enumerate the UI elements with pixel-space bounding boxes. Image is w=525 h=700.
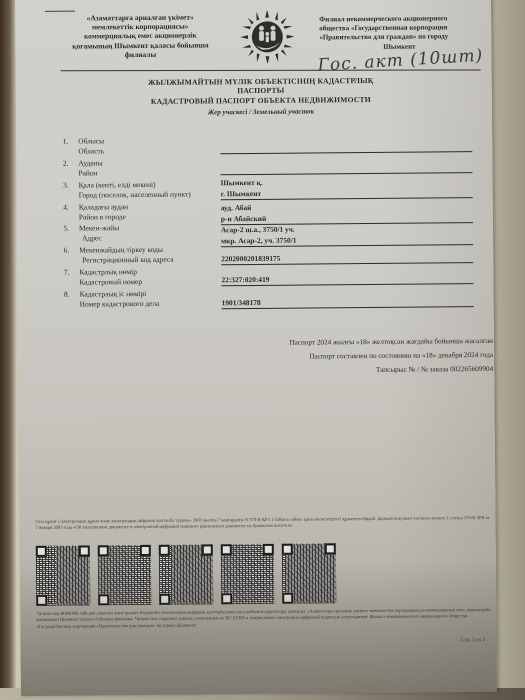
org-name-kazakh: «Азаматтарға арналған үкімет» мемлекетті… <box>55 12 225 59</box>
qr-code-icon <box>97 545 151 605</box>
field-city-values: Шымкент қ. г. Шымкент <box>221 175 473 200</box>
qr-code-icon <box>282 543 336 603</box>
qr-code-icon <box>221 544 275 604</box>
document-title: ЖЫЛЖЫМАЙТЫН МҮЛІК ОБЪЕКТІСІНІҢ КАДАСТРЛЫ… <box>96 76 426 107</box>
header-rule <box>61 69 481 71</box>
barcode-footnote: *штрих-код ЖМБМК АЖ-дан алынған және қыз… <box>36 607 496 630</box>
legal-notice: Осы құжат «Электрондық құжат және электр… <box>36 515 491 531</box>
passport-date-block: Паспорт 2024 жылғы «18» желтоқсан жағдай… <box>233 334 493 378</box>
qr-code-icon <box>36 545 90 605</box>
page-number: Стр. 1 из 3 <box>461 637 485 643</box>
qr-code-icon <box>159 544 213 604</box>
document-page: «Азаматтарға арналған үкімет» мемлекетті… <box>15 0 497 696</box>
top-rule <box>45 11 75 12</box>
document-subtitle: Жер учаскесі / Земельный участок <box>96 107 426 118</box>
field-address-code-value: 2202000201839175 <box>221 251 473 265</box>
field-region: 1. Облысы Область <box>50 133 490 137</box>
field-region-line <box>220 151 472 154</box>
field-cadastral-number-value: 22:327:020:419 <box>221 272 473 286</box>
field-address-values: Асар-2 ш.а., 3750/1 уч. мкр. Асар-2, уч.… <box>221 222 473 247</box>
sun-family-emblem-icon <box>238 8 297 67</box>
field-city: 3. Қала (кенті, елді мекені) Город (посе… <box>51 177 491 181</box>
qr-code-row <box>36 543 337 608</box>
field-cadastral-case-value: 1901/348178 <box>222 295 474 309</box>
field-district: 2. Ауданы Район <box>50 155 490 159</box>
